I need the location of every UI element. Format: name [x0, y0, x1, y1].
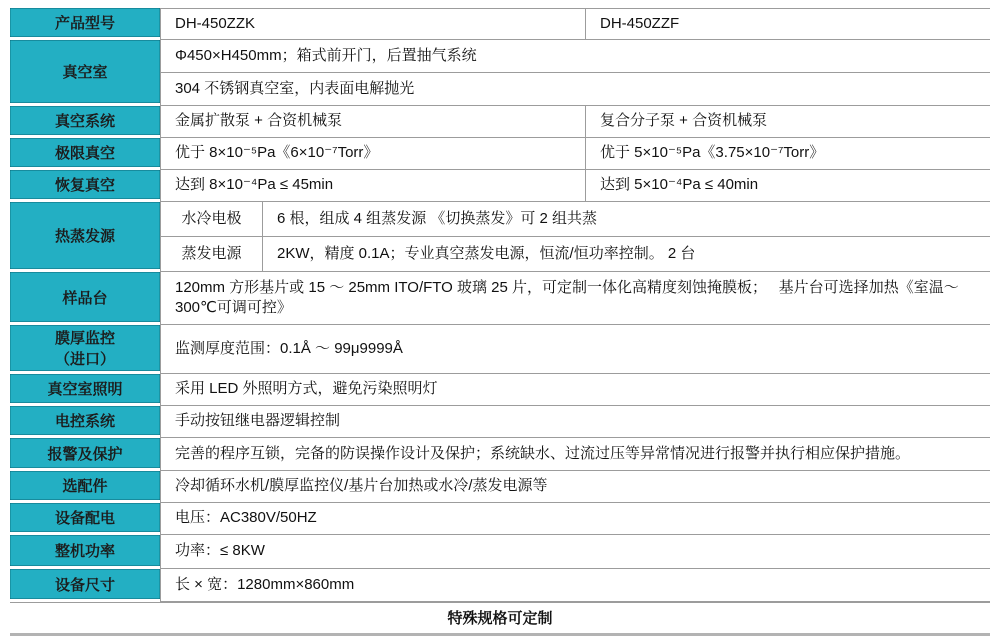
row-header-chamber: 真空室: [10, 40, 160, 106]
row-header-recovery-vacuum: 恢复真空: [10, 170, 160, 202]
row-header-chamber-lighting: 真空室照明: [10, 374, 160, 406]
cell-recovery-vacuum-right: 达到 5×10⁻⁴Pa ≤ 40min: [585, 170, 990, 202]
cell-equipment-size-desc: 长 × 宽：1280mm×860mm: [160, 569, 990, 602]
cell-vacuum-system-left: 金属扩散泵 + 合资机械泵: [160, 106, 585, 138]
cell-evaporation-sub-power: 蒸发电源: [160, 237, 262, 272]
row-product-model: 产品型号 DH-450ZZK DH-450ZZF: [10, 8, 990, 40]
row-header-product-model: 产品型号: [10, 8, 160, 40]
cell-total-power-desc: 功率：≤ 8KW: [160, 535, 990, 569]
row-total-power: 整机功率 功率：≤ 8KW: [10, 535, 990, 569]
spec-table: 产品型号 DH-450ZZK DH-450ZZF 真空室 Φ450×H450mm…: [10, 8, 990, 636]
row-vacuum-system: 真空系统 金属扩散泵 + 合资机械泵 复合分子泵 + 合资机械泵: [10, 106, 990, 138]
cell-alarm-protection-desc: 完善的程序互锁，完备的防误操作设计及保护；系统缺水、过流过压等异常情况进行报警并…: [160, 438, 990, 471]
cell-chamber-lighting-desc: 采用 LED 外照明方式，避免污染照明灯: [160, 374, 990, 406]
row-thickness-monitor: 膜厚监控 （进口） 监测厚度范围：0.1Å ～ 99μ9999Å: [10, 325, 990, 374]
row-equipment-size: 设备尺寸 长 × 宽：1280mm×860mm: [10, 569, 990, 602]
cell-product-model-right: DH-450ZZF: [585, 8, 990, 40]
row-chamber-1: 真空室 Φ450×H450mm；箱式前开门，后置抽气系统: [10, 40, 990, 73]
cell-optional-parts-desc: 冷却循环水机/膜厚监控仪/基片台加热或水冷/蒸发电源等: [160, 471, 990, 503]
cell-evaporation-sub-electrode: 水冷电极: [160, 202, 262, 237]
cell-equipment-power-desc: 电压：AC380V/50HZ: [160, 503, 990, 535]
row-chamber-lighting: 真空室照明 采用 LED 外照明方式，避免污染照明灯: [10, 374, 990, 406]
row-header-vacuum-system: 真空系统: [10, 106, 160, 138]
row-optional-parts: 选配件 冷却循环水机/膜厚监控仪/基片台加热或水冷/蒸发电源等: [10, 471, 990, 503]
cell-thickness-monitor-desc: 监测厚度范围：0.1Å ～ 99μ9999Å: [160, 325, 990, 374]
row-header-evaporation-source: 热蒸发源: [10, 202, 160, 272]
cell-evaporation-power-desc: 2KW，精度 0.1A；专业真空蒸发电源，恒流/恒功率控制。 2 台: [262, 237, 990, 272]
thickness-monitor-label-line1: 膜厚监控: [14, 327, 156, 348]
row-header-optional-parts: 选配件: [10, 471, 160, 503]
cell-recovery-vacuum-left: 达到 8×10⁻⁴Pa ≤ 45min: [160, 170, 585, 202]
cell-ultimate-vacuum-right: 优于 5×10⁻⁵Pa《3.75×10⁻⁷Torr》: [585, 138, 990, 170]
cell-sample-stage-desc: 120mm 方形基片或 15 ～ 25mm ITO/FTO 玻璃 25 片，可定…: [160, 272, 990, 325]
row-sample-stage: 样品台 120mm 方形基片或 15 ～ 25mm ITO/FTO 玻璃 25 …: [10, 272, 990, 325]
row-alarm-protection: 报警及保护 完善的程序互锁，完备的防误操作设计及保护；系统缺水、过流过压等异常情…: [10, 438, 990, 471]
row-ultimate-vacuum: 极限真空 优于 8×10⁻⁵Pa《6×10⁻⁷Torr》 优于 5×10⁻⁵Pa…: [10, 138, 990, 170]
cell-product-model-left: DH-450ZZK: [160, 8, 585, 40]
row-electric-control: 电控系统 手动按钮继电器逻辑控制: [10, 406, 990, 438]
row-header-equipment-size: 设备尺寸: [10, 569, 160, 602]
cell-ultimate-vacuum-left: 优于 8×10⁻⁵Pa《6×10⁻⁷Torr》: [160, 138, 585, 170]
custom-spec-note: 特殊规格可定制: [10, 602, 990, 636]
row-header-thickness-monitor: 膜厚监控 （进口）: [10, 325, 160, 374]
cell-evaporation-electrode-desc: 6 根，组成 4 组蒸发源 《切换蒸发》可 2 组共蒸: [262, 202, 990, 237]
row-header-alarm-protection: 报警及保护: [10, 438, 160, 471]
row-header-sample-stage: 样品台: [10, 272, 160, 325]
cell-vacuum-system-right: 复合分子泵 + 合资机械泵: [585, 106, 990, 138]
cell-electric-control-desc: 手动按钮继电器逻辑控制: [160, 406, 990, 438]
row-recovery-vacuum: 恢复真空 达到 8×10⁻⁴Pa ≤ 45min 达到 5×10⁻⁴Pa ≤ 4…: [10, 170, 990, 202]
cell-chamber-size: Φ450×H450mm；箱式前开门，后置抽气系统: [160, 40, 990, 73]
row-evaporation-electrode: 热蒸发源 水冷电极 6 根，组成 4 组蒸发源 《切换蒸发》可 2 组共蒸: [10, 202, 990, 237]
thickness-monitor-label-line2: （进口）: [14, 348, 156, 369]
row-footer-note: 特殊规格可定制: [10, 602, 990, 636]
row-equipment-power: 设备配电 电压：AC380V/50HZ: [10, 503, 990, 535]
row-header-equipment-power: 设备配电: [10, 503, 160, 535]
cell-chamber-material: 304 不锈钢真空室，内表面电解抛光: [160, 73, 990, 106]
row-header-electric-control: 电控系统: [10, 406, 160, 438]
row-header-ultimate-vacuum: 极限真空: [10, 138, 160, 170]
row-header-total-power: 整机功率: [10, 535, 160, 569]
